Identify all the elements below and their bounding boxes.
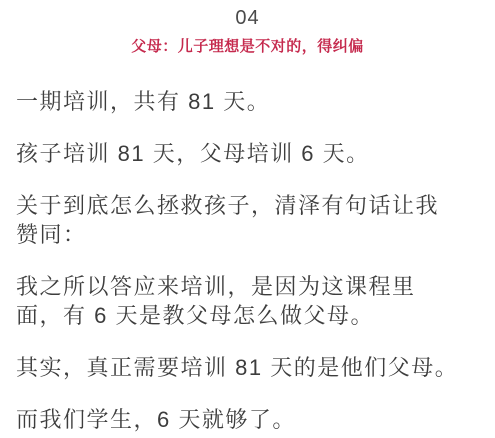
paragraph-4: 我之所以答应来培训，是因为这课程里 面，有 6 天是教父母怎么做父母。 (16, 272, 479, 330)
paragraph-5-line-1: 其实，真正需要培训 81 天的是他们父母。 (16, 353, 479, 382)
paragraph-3-line-1: 关于到底怎么拯救孩子，清泽有句话让我 (16, 191, 479, 220)
paragraph-6-line-1: 而我们学生，6 天就够了。 (16, 405, 479, 434)
article-page: 04 父母：儿子理想是不对的，得纠偏 一期培训，共有 81 天。 孩子培训 81… (0, 0, 495, 438)
paragraph-1: 一期培训，共有 81 天。 (16, 87, 479, 116)
article-content: 一期培训，共有 81 天。 孩子培训 81 天，父母培训 6 天。 关于到底怎么… (0, 87, 495, 434)
paragraph-3-line-2: 赞同： (16, 220, 479, 249)
paragraph-3: 关于到底怎么拯救孩子，清泽有句话让我 赞同： (16, 191, 479, 249)
paragraph-5: 其实，真正需要培训 81 天的是他们父母。 (16, 353, 479, 382)
paragraph-4-line-2: 面，有 6 天是教父母怎么做父母。 (16, 301, 479, 330)
paragraph-4-line-1: 我之所以答应来培训，是因为这课程里 (16, 272, 479, 301)
paragraph-6: 而我们学生，6 天就够了。 (16, 405, 479, 434)
paragraph-2-line-1: 孩子培训 81 天，父母培训 6 天。 (16, 139, 479, 168)
section-title: 父母：儿子理想是不对的，得纠偏 (0, 38, 495, 55)
paragraph-1-line-1: 一期培训，共有 81 天。 (16, 87, 479, 116)
section-number: 04 (0, 0, 495, 29)
paragraph-2: 孩子培训 81 天，父母培训 6 天。 (16, 139, 479, 168)
